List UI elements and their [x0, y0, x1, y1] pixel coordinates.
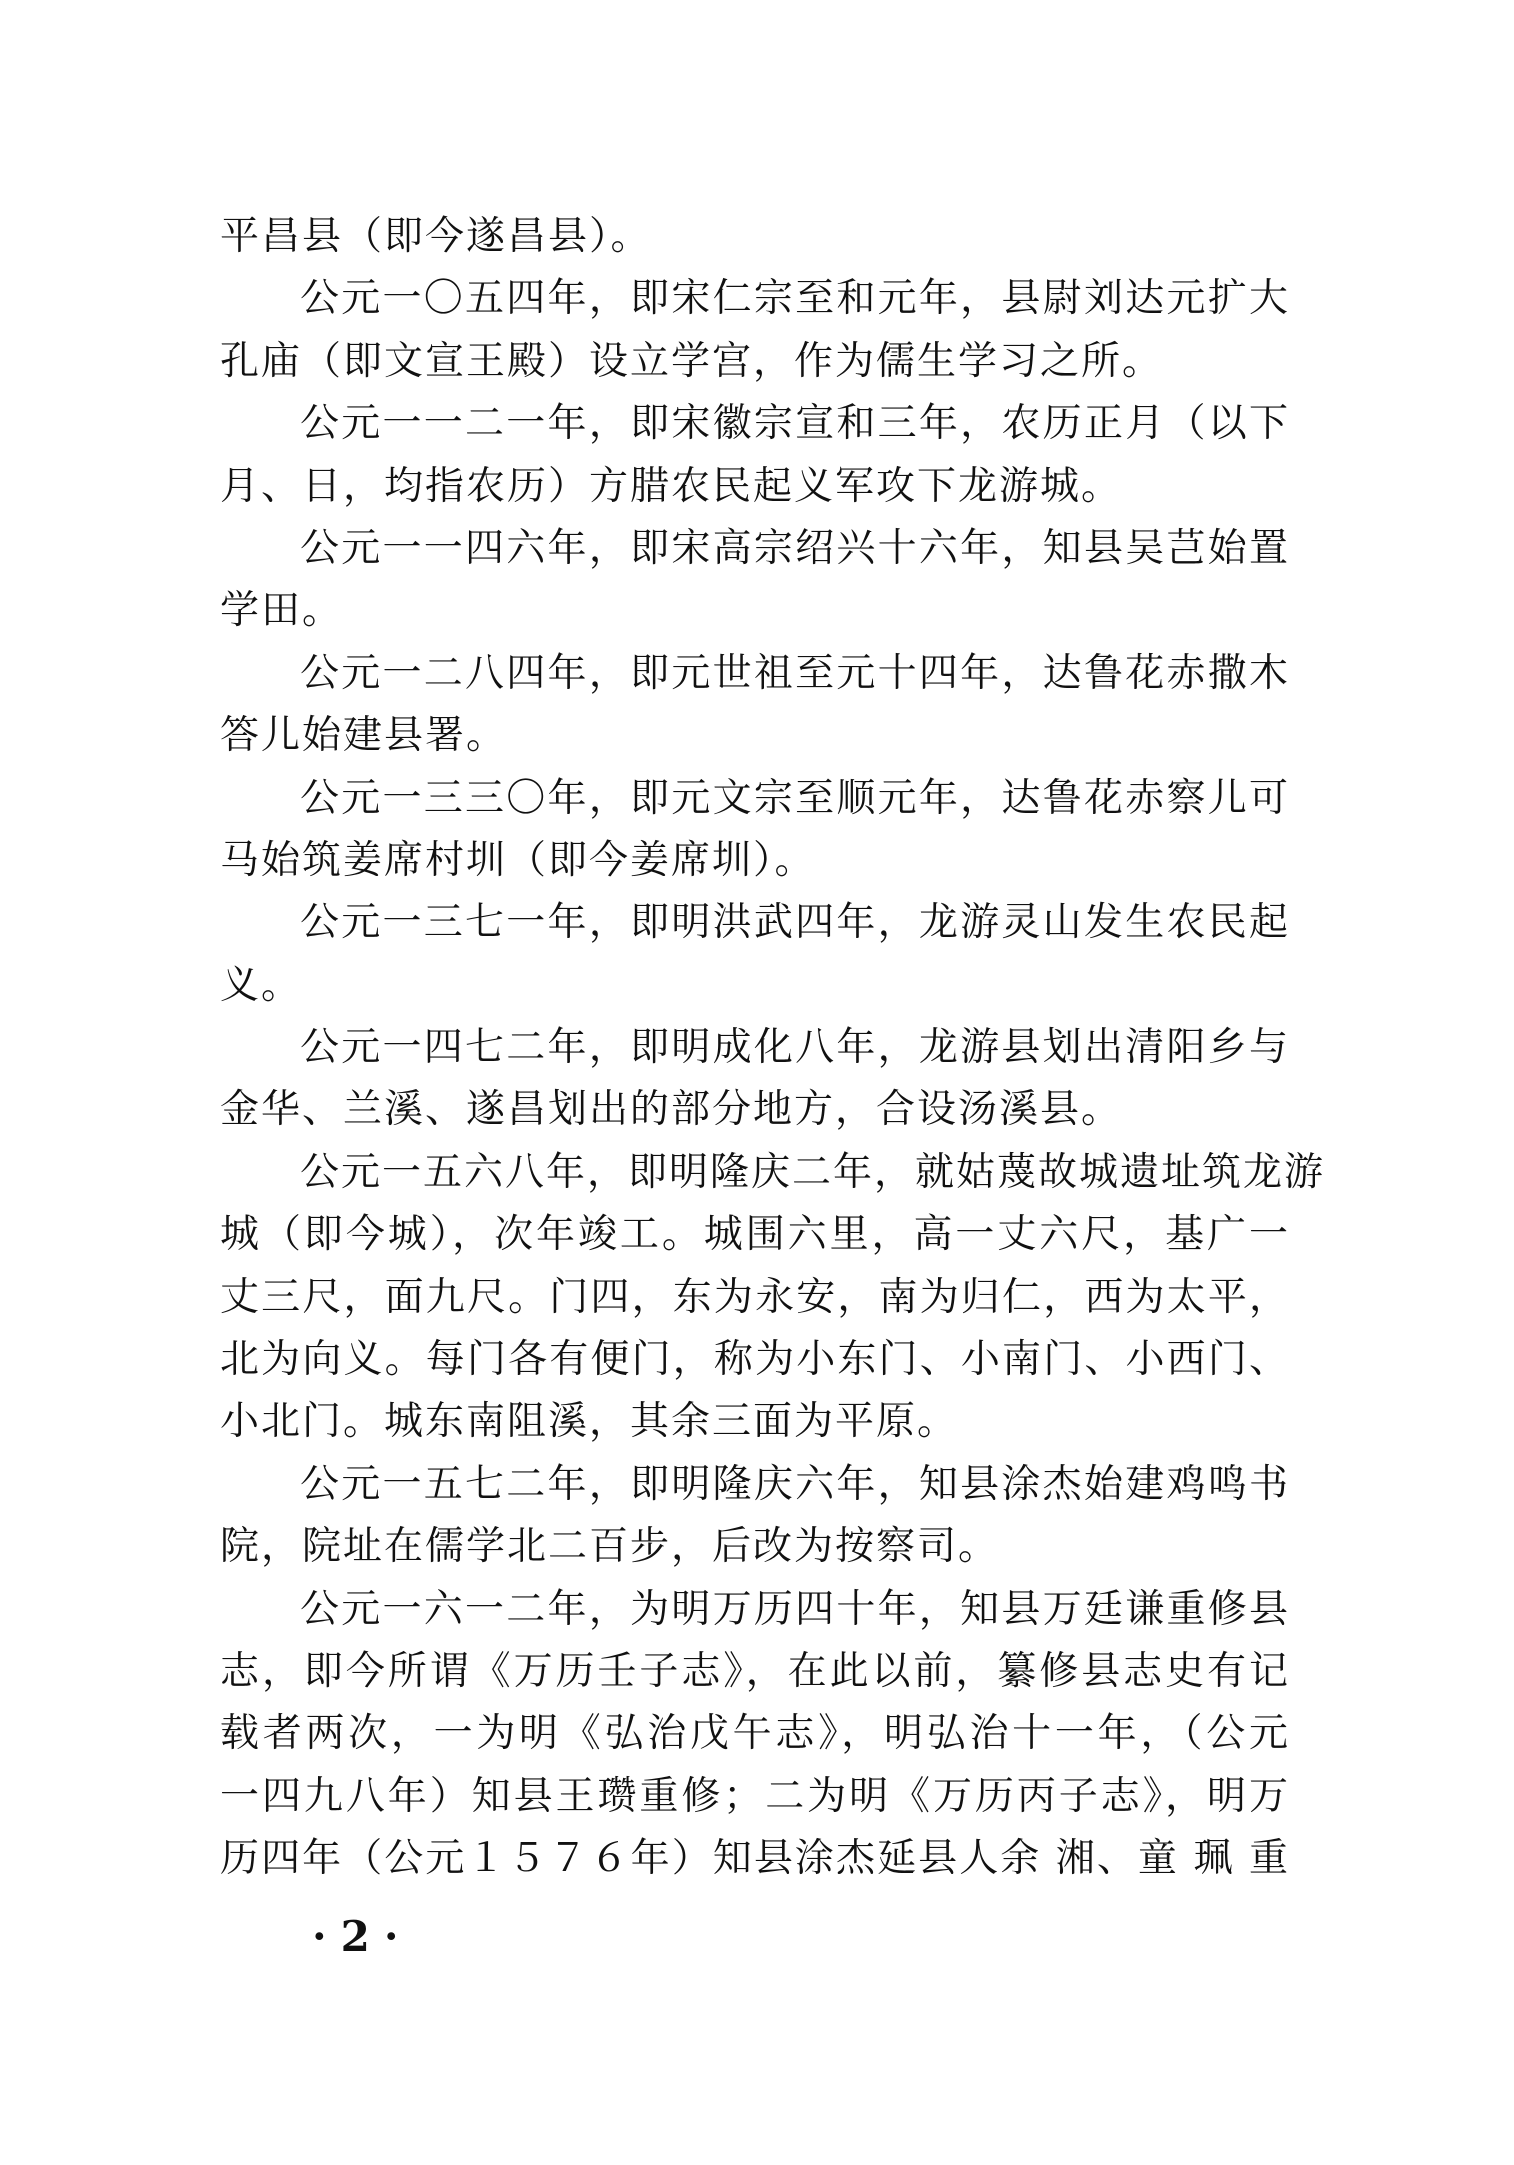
- text-line: 公元一六一二年，为明万历四十年，知县万廷谦重修县: [220, 1579, 1290, 1641]
- text-line: 历四年（公元１５７６年）知县涂杰延县人余 湘、童 珮 重: [220, 1828, 1290, 1890]
- text-line: 公元一〇五四年，即宋仁宗至和元年，县尉刘达元扩大: [220, 268, 1290, 330]
- text-line: 学田。: [220, 580, 1290, 642]
- text-line: 城（即今城），次年竣工。城围六里，高一丈六尺，基广一: [220, 1204, 1290, 1266]
- text-line: 志，即今所谓《万历壬子志》，在此以前，纂修县志史有记: [220, 1641, 1290, 1703]
- text-line: 公元一二八四年，即元世祖至元十四年，达鲁花赤撒木: [220, 643, 1290, 705]
- text-line: 北为向义。每门各有便门，称为小东门、小南门、小西门、: [220, 1329, 1290, 1391]
- text-line: 马始筑姜席村圳（即今姜席圳）。: [220, 830, 1290, 892]
- text-line: 院，院址在儒学北二百步，后改为按察司。: [220, 1516, 1290, 1578]
- text-line: 小北门。城东南阻溪，其余三面为平原。: [220, 1391, 1290, 1453]
- text-line: 公元一五六八年，即明隆庆二年，就姑蔑故城遗址筑龙游: [220, 1142, 1290, 1204]
- text-line: 公元一五七二年，即明隆庆六年，知县涂杰始建鸡鸣书: [220, 1454, 1290, 1516]
- text-line: 公元一三三〇年，即元文宗至顺元年，达鲁花赤察儿可: [220, 768, 1290, 830]
- text-line: 答儿始建县署。: [220, 705, 1290, 767]
- text-line: 载者两次，一为明《弘治戊午志》，明弘治十一年，（公元: [220, 1703, 1290, 1765]
- page-number: ·2·: [312, 1912, 412, 1961]
- text-line: 公元一四七二年，即明成化八年，龙游县划出清阳乡与: [220, 1017, 1290, 1079]
- text-line: 月、日，均指农历）方腊农民起义军攻下龙游城。: [220, 456, 1290, 518]
- text-line: 一四九八年）知县王瓒重修；二为明《万历丙子志》，明万: [220, 1766, 1290, 1828]
- body-text: 平昌县（即今遂昌县）。 公元一〇五四年，即宋仁宗至和元年，县尉刘达元扩大 孔庙（…: [220, 206, 1290, 1891]
- text-line: 金华、兰溪、遂昌划出的部分地方，合设汤溪县。: [220, 1079, 1290, 1141]
- text-line: 平昌县（即今遂昌县）。: [220, 206, 1290, 268]
- document-page: 平昌县（即今遂昌县）。 公元一〇五四年，即宋仁宗至和元年，县尉刘达元扩大 孔庙（…: [0, 0, 1514, 2165]
- text-line: 孔庙（即文宣王殿）设立学宫，作为儒生学习之所。: [220, 331, 1290, 393]
- text-line: 丈三尺，面九尺。门四，东为永安，南为归仁，西为太平，: [220, 1267, 1290, 1329]
- text-line: 公元一一四六年，即宋高宗绍兴十六年，知县吴芑始置: [220, 518, 1290, 580]
- text-line: 公元一三七一年，即明洪武四年，龙游灵山发生农民起: [220, 892, 1290, 954]
- text-line: 义。: [220, 955, 1290, 1017]
- text-line: 公元一一二一年，即宋徽宗宣和三年，农历正月（以下: [220, 393, 1290, 455]
